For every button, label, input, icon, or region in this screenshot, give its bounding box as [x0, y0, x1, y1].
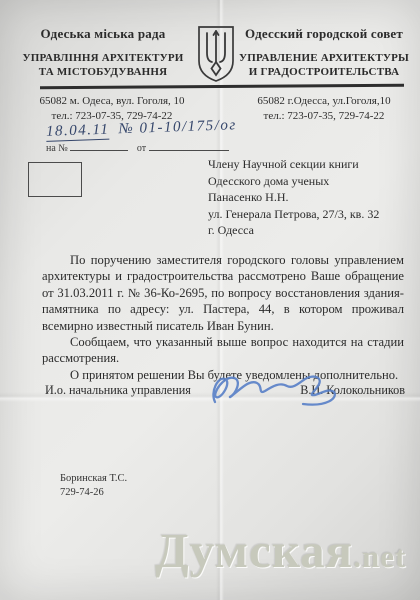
recipient-line: ул. Генерала Петрова, 27/3, кв. 32 [208, 206, 408, 223]
reply-reference-line: на № от [46, 141, 229, 154]
handwritten-date: 18.04.11 [46, 122, 110, 142]
org-dept-uk-line1: УПРАВЛІННЯ АРХІТЕКТУРИ [18, 51, 188, 65]
blank-line [149, 141, 229, 151]
reply-prefix-label: на № [46, 143, 68, 154]
org-title-uk: Одеська міська рада [18, 26, 188, 42]
executor-phone: 729-74-26 [60, 486, 127, 500]
executor-name: Боринская Т.С. [60, 472, 127, 486]
recipient-line: Панасенко Н.Н. [208, 189, 408, 206]
letter-body: По поручению заместителя городского голо… [42, 252, 404, 383]
org-dept-ru-line2: И ГРАДОСТРОИТЕЛЬСТВА [238, 65, 410, 79]
recipient-line: Члену Научной секции книги [208, 156, 408, 173]
letterhead-ukrainian: Одеська міська рада УПРАВЛІННЯ АРХІТЕКТУ… [18, 26, 188, 79]
body-paragraph: По поручению заместителя городского голо… [42, 252, 404, 334]
address-ru: 65082 г.Одесса, ул.Гоголя,10 [236, 94, 412, 109]
handwritten-number: № 01-10/175/ог [118, 117, 237, 137]
signer-position: И.о. начальника управления [45, 383, 191, 398]
dumskaya-watermark: Думская.net [155, 522, 415, 579]
org-title-ru: Одесский городской совет [238, 26, 410, 42]
letterhead-russian: Одесский городской совет УПРАВЛЕНИЕ АРХИ… [238, 26, 410, 79]
org-dept-ru-line1: УПРАВЛЕНИЕ АРХИТЕКТУРЫ [238, 51, 410, 65]
org-dept-uk-line2: ТА МІСТОБУДУВАННЯ [18, 65, 188, 79]
recipient-block: Члену Научной секции книги Одесского дом… [208, 156, 408, 239]
recipient-line: Одесского дома ученых [208, 173, 408, 190]
address-uk: 65082 м. Одеса, вул. Гоголя, 10 [22, 94, 202, 109]
empty-stamp-box [28, 162, 82, 197]
watermark-name: Думская [155, 523, 353, 578]
blank-line [70, 141, 128, 151]
handwritten-signature [205, 366, 345, 417]
recipient-line: г. Одесса [208, 222, 408, 239]
scanned-letter-photo: Одеська міська рада УПРАВЛІННЯ АРХІТЕКТУ… [0, 0, 420, 600]
body-paragraph: Сообщаем, что указанный выше вопрос нахо… [42, 334, 404, 367]
ukraine-trident-icon [194, 24, 238, 84]
watermark-domain: .net [353, 539, 406, 574]
letterhead-divider [40, 84, 404, 89]
executor-block: Боринская Т.С. 729-74-26 [60, 472, 127, 499]
reply-from-label: от [137, 143, 146, 154]
